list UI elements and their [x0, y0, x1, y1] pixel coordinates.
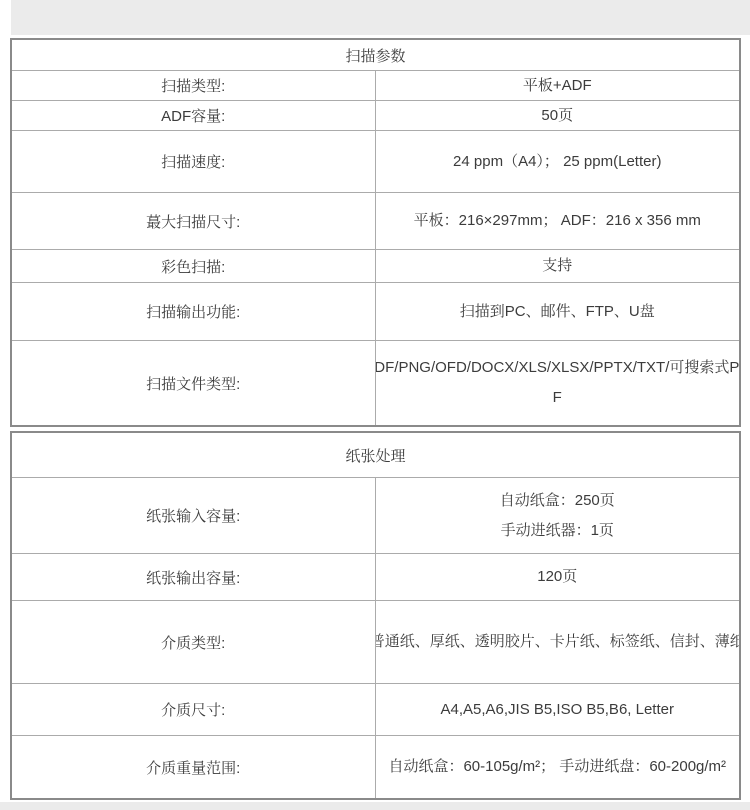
spec-label-cell: 蕞大扫描尺寸: [12, 193, 376, 249]
spec-label-cell: 扫描文件类型: [12, 341, 376, 425]
spec-value-cell: PDF/PNG/OFD/DOCX/XLS/XLSX/PPTX/TXT/可搜索式P… [376, 341, 740, 425]
spec-value-cell: 平板：216×297mm； ADF：216 x 356 mm [376, 193, 740, 249]
spec-value-cell: 120页 [376, 554, 740, 600]
table-row: 彩色扫描: 支持 [12, 249, 739, 282]
spec-label-cell: 介质重量范围: [12, 736, 376, 798]
spec-label-cell: 彩色扫描: [12, 250, 376, 282]
spec-label-cell: 扫描输出功能: [12, 283, 376, 340]
table-row: 扫描速度: 24 ppm（A4）； 25 ppm(Letter) [12, 130, 739, 192]
table-row: ADF容量: 50页 [12, 100, 739, 130]
table-row: 扫描类型: 平板+ADF [12, 70, 739, 100]
spec-value-cell: 扫描到PC、邮件、FTP、U盘 [376, 283, 740, 340]
spec-label-cell: ADF容量: [12, 101, 376, 130]
spec-label-cell: 扫描速度: [12, 131, 376, 192]
table-row: 介质重量范围: 自动纸盒：60-105g/m²； 手动进纸盘：60-200g/m… [12, 735, 739, 798]
spec-value-cell: 平板+ADF [376, 71, 740, 100]
table-title: 扫描参数 [345, 45, 405, 66]
page-bottom-gray-band [0, 802, 750, 810]
table-row: 扫描输出功能: 扫描到PC、邮件、FTP、U盘 [12, 282, 739, 340]
table-row: 纸张输出容量: 120页 [12, 553, 739, 600]
spec-label-cell: 扫描类型: [12, 71, 376, 100]
spec-label-cell: 介质尺寸: [12, 684, 376, 735]
spec-label-cell: 介质类型: [12, 601, 376, 683]
spec-label-cell: 纸张输入容量: [12, 478, 376, 553]
spec-value-cell: 支持 [376, 250, 740, 282]
paper-handling-table: 纸张处理 纸张输入容量: 自动纸盒：250页 手动进纸器：1页 纸张输出容量: … [10, 431, 741, 800]
spec-value-cell: 50页 [376, 101, 740, 130]
spec-label-cell: 纸张输出容量: [12, 554, 376, 600]
table-title: 纸张处理 [345, 445, 405, 466]
spec-value-cell: 自动纸盒：60-105g/m²； 手动进纸盘：60-200g/m² [376, 736, 740, 798]
table-row: 蕞大扫描尺寸: 平板：216×297mm； ADF：216 x 356 mm [12, 192, 739, 249]
table-header-row: 扫描参数 [12, 40, 739, 70]
spec-value-cell: 普通纸、厚纸、透明胶片、卡片纸、标签纸、信封、薄纸 [376, 601, 740, 683]
spec-value-cell: 24 ppm（A4）； 25 ppm(Letter) [376, 131, 740, 192]
table-row: 扫描文件类型: PDF/PNG/OFD/DOCX/XLS/XLSX/PPTX/T… [12, 340, 739, 425]
spec-value-cell: 自动纸盒：250页 手动进纸器：1页 [376, 478, 740, 553]
scan-parameters-table: 扫描参数 扫描类型: 平板+ADF ADF容量: 50页 扫描速度: 24 pp… [10, 38, 741, 427]
table-row: 介质类型: 普通纸、厚纸、透明胶片、卡片纸、标签纸、信封、薄纸 [12, 600, 739, 683]
table-row: 介质尺寸: A4,A5,A6,JIS B5,ISO B5,B6, Letter [12, 683, 739, 735]
spec-value-cell: A4,A5,A6,JIS B5,ISO B5,B6, Letter [376, 684, 740, 735]
table-row: 纸张输入容量: 自动纸盒：250页 手动进纸器：1页 [12, 477, 739, 553]
page-top-gray-band [11, 0, 750, 35]
table-header-row: 纸张处理 [12, 433, 739, 477]
